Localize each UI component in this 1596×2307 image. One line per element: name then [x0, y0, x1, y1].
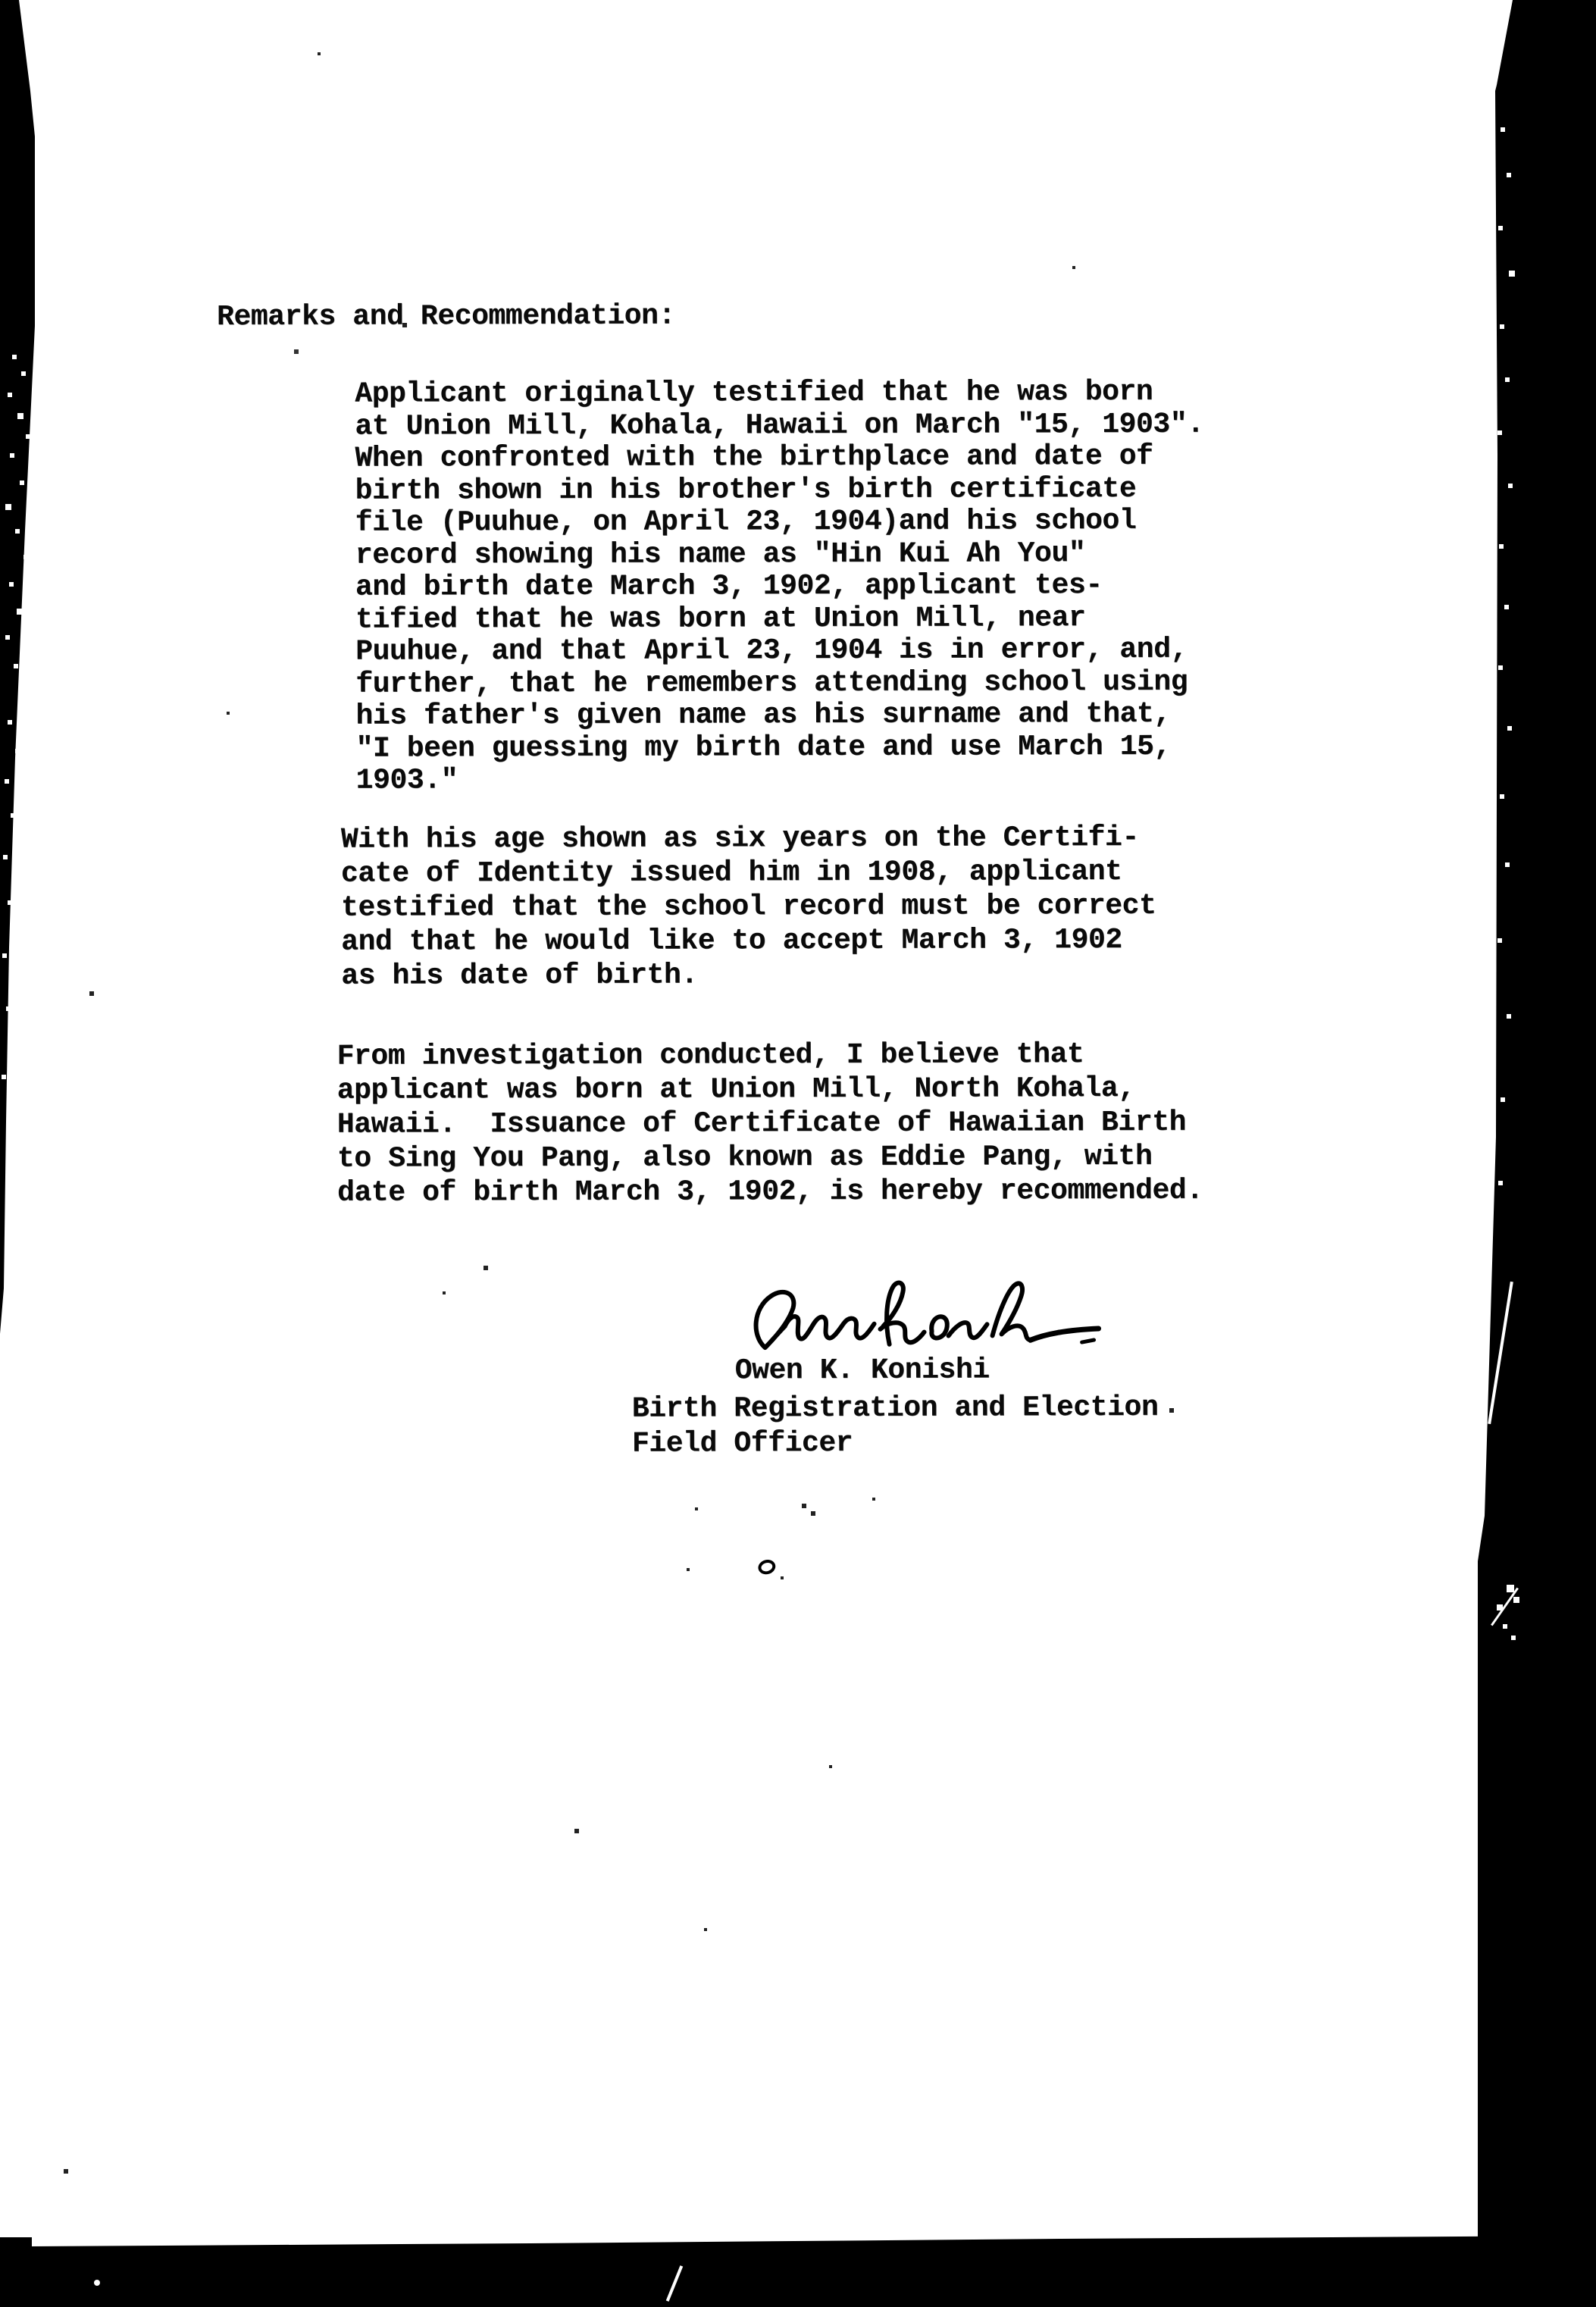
paragraph-certificate-of-identity: With his age shown as six years on the C…	[341, 821, 1156, 994]
document-content: Remarks and Recommendation: Applicant or…	[0, 0, 1596, 2307]
remarks-heading: Remarks and Recommendation:	[217, 299, 675, 335]
scanned-document-page: Remarks and Recommendation: Applicant or…	[0, 0, 1596, 2307]
signature-typed-name: Owen K. Konishi	[735, 1353, 990, 1388]
paragraph-testimony: Applicant originally testified that he w…	[355, 377, 1205, 797]
ink-ring-artifact	[756, 1557, 777, 1576]
scan-dot-bottom	[94, 2280, 100, 2286]
noise-speckles-paper	[0, 0, 2, 2]
paragraph-recommendation: From investigation conducted, I believe …	[337, 1038, 1203, 1210]
signature-title: Birth Registration and Election Field Of…	[632, 1391, 1159, 1462]
